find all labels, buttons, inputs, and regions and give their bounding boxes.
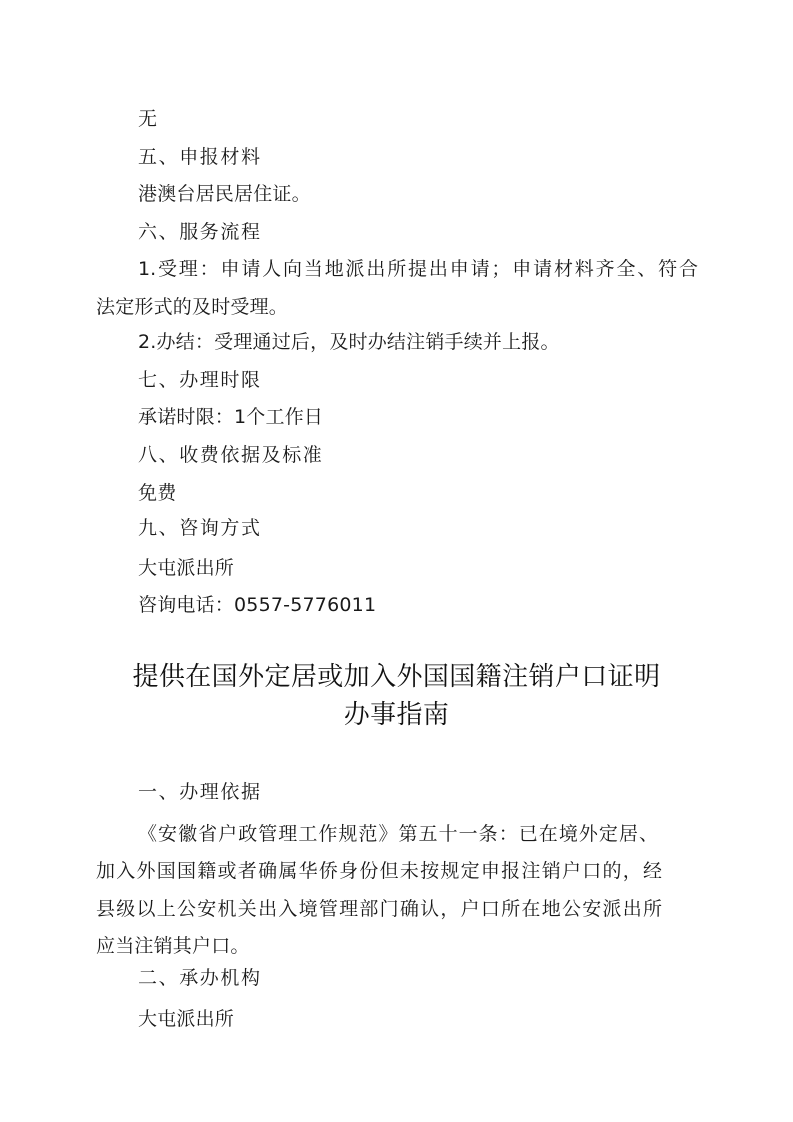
guide-section-one-heading: 一、办理依据 <box>138 780 262 804</box>
section-eight-heading: 八、收费依据及标准 <box>138 443 323 467</box>
section-nine-phone: 咨询电话：0557-5776011 <box>138 593 376 617</box>
section-six-step1-line1: 1.受理：申请人向当地派出所提出申请；申请材料齐全、符合 <box>138 257 698 281</box>
section-four-value: 无 <box>138 107 157 131</box>
section-nine-heading: 九、咨询方式 <box>138 516 262 540</box>
section-nine-office: 大屯派出所 <box>138 556 234 580</box>
section-six-step1-line2: 法定形式的及时受理。 <box>96 295 288 319</box>
section-seven-content: 承诺时限：1个工作日 <box>138 405 323 429</box>
section-six-heading: 六、服务流程 <box>138 220 262 244</box>
document-page: 无 五、申报材料 港澳台居民居住证。 六、服务流程 1.受理：申请人向当地派出所… <box>0 0 793 1122</box>
guide-section-two-content: 大屯派出所 <box>138 1007 234 1031</box>
section-six-step2: 2.办结：受理通过后，及时办结注销手续并上报。 <box>138 330 560 354</box>
guide-title-line1: 提供在国外定居或加入外国国籍注销户口证明 <box>0 660 793 694</box>
guide-section-one-line1: 《安徽省户政管理工作规范》第五十一条：已在境外定居、 <box>138 822 658 846</box>
guide-section-one-line2: 加入外国国籍或者确属华侨身份但未按规定申报注销户口的，经 <box>96 859 662 883</box>
section-eight-content: 免费 <box>138 481 176 505</box>
guide-section-one-line3: 县级以上公安机关出入境管理部门确认，户口所在地公安派出所 <box>96 897 662 921</box>
guide-section-two-heading: 二、承办机构 <box>138 966 262 990</box>
guide-section-one-line4: 应当注销其户口。 <box>96 934 250 958</box>
section-seven-heading: 七、办理时限 <box>138 368 262 392</box>
section-five-heading: 五、申报材料 <box>138 145 262 169</box>
section-five-content: 港澳台居民居住证。 <box>138 182 311 206</box>
guide-title-line2: 办事指南 <box>0 698 793 732</box>
